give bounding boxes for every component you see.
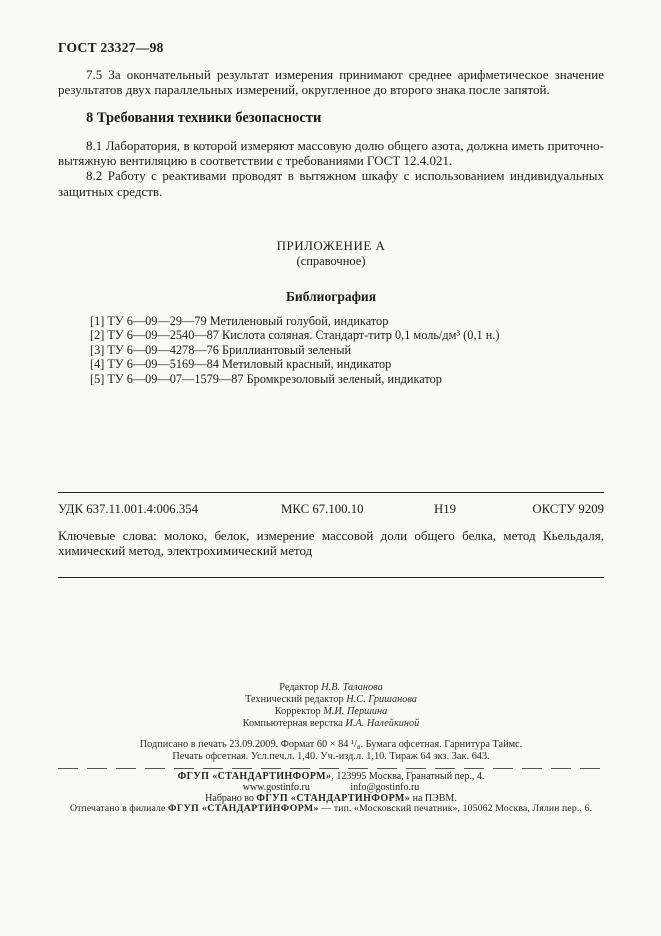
- divider-bottom: [58, 577, 604, 578]
- udk-code: УДК 637.11.001.4:006.354: [58, 502, 281, 517]
- mks-code: МКС 67.100.10: [281, 502, 434, 517]
- credit-name: М.И. Першина: [323, 706, 387, 717]
- print-details-line2: Печать офсетная. Усл.печ.л. 1,40. Уч.-из…: [58, 751, 604, 763]
- classification-row: УДК 637.11.001.4:006.354 МКС 67.100.10 Н…: [58, 502, 604, 517]
- appendix-subtitle: (справочное): [58, 254, 604, 269]
- bibliography-item: [5] ТУ 6—09—07—1579—87 Бромкрезоловый зе…: [90, 372, 604, 386]
- credit-proofreader: Корректор М.И. Першина: [58, 706, 604, 718]
- dashed-divider: [58, 768, 604, 769]
- bibliography-item: [2] ТУ 6—09—2540—87 Кислота соляная. Ста…: [90, 328, 604, 342]
- section-8-body: 8.1 Лаборатория, в которой измеряют масс…: [58, 138, 604, 199]
- credit-role: Корректор: [275, 706, 321, 717]
- bibliography-item: [4] ТУ 6—09—5169—84 Метиловый красный, и…: [90, 357, 604, 371]
- publisher-address: , 123995 Москва, Гранатный пер., 4.: [331, 771, 484, 782]
- bibliography-heading: Библиография: [58, 289, 604, 305]
- appendix-title: ПРИЛОЖЕНИЕ А: [58, 238, 604, 254]
- typeset-pre: Набрано во: [205, 793, 256, 804]
- printed-org: ФГУП «СТАНДАРТИНФОРМ»: [168, 803, 319, 814]
- credit-role: Редактор: [279, 682, 318, 693]
- credit-layout: Компьютерная верстка И.А. Налейкиной: [58, 718, 604, 730]
- printed-line: Отпечатано в филиале ФГУП «СТАНДАРТИНФОР…: [58, 804, 604, 815]
- print-details-line1: Подписано в печать 23.09.2009. Формат 60…: [58, 739, 604, 751]
- publisher-block: ФГУП «СТАНДАРТИНФОРМ», 123995 Москва, Гр…: [58, 772, 604, 815]
- printed-pre: Отпечатано в филиале: [70, 803, 168, 814]
- divider-top: [58, 492, 604, 493]
- paragraph-8-2: 8.2 Работу с реактивами проводят в вытяж…: [58, 168, 604, 198]
- publisher-org: ФГУП «СТАНДАРТИНФОРМ»: [178, 771, 332, 782]
- credit-technical-editor: Технический редактор Н.С. Гришанова: [58, 694, 604, 706]
- paragraph-8-1: 8.1 Лаборатория, в которой измеряют масс…: [58, 138, 604, 168]
- bibliography-item: [3] ТУ 6—09—4278—76 Бриллиантовый зелены…: [90, 343, 604, 357]
- class-letter-code: Н19: [434, 502, 524, 517]
- credit-editor: Редактор Н.В. Таланова: [58, 682, 604, 694]
- credit-name: И.А. Налейкиной: [345, 718, 419, 729]
- section-8-heading: 8 Требования техники безопасности: [58, 110, 604, 127]
- print-details-block: Подписано в печать 23.09.2009. Формат 60…: [58, 739, 604, 763]
- bibliography-item: [1] ТУ 6—09—29—79 Метиленовый голубой, и…: [90, 314, 604, 328]
- printed-post: — тип. «Московский печатник», 105062 Мос…: [319, 803, 592, 814]
- doc-number: ГОСТ 23327—98: [58, 40, 604, 56]
- bibliography-list: [1] ТУ 6—09—29—79 Метиленовый голубой, и…: [58, 314, 604, 386]
- credit-role: Технический редактор: [245, 694, 344, 705]
- credits-block: Редактор Н.В. Таланова Технический редак…: [58, 682, 604, 730]
- credit-role: Компьютерная верстка: [243, 718, 343, 729]
- document-page: ГОСТ 23327—98 7.5 За окончательный резул…: [0, 0, 661, 936]
- keywords-paragraph: Ключевые слова: молоко, белок, измерение…: [58, 528, 604, 558]
- typeset-post: на ПЭВМ.: [410, 793, 457, 804]
- publisher-address-line: ФГУП «СТАНДАРТИНФОРМ», 123995 Москва, Гр…: [58, 772, 604, 783]
- typeset-org: ФГУП «СТАНДАРТИНФОРМ»: [256, 793, 410, 804]
- appendix-header: ПРИЛОЖЕНИЕ А (справочное): [58, 238, 604, 269]
- okstu-code: ОКСТУ 9209: [524, 502, 604, 517]
- credit-name: Н.С. Гришанова: [346, 694, 417, 705]
- credit-name: Н.В. Таланова: [321, 682, 383, 693]
- paragraph-7-5: 7.5 За окончательный результат измерения…: [58, 67, 604, 97]
